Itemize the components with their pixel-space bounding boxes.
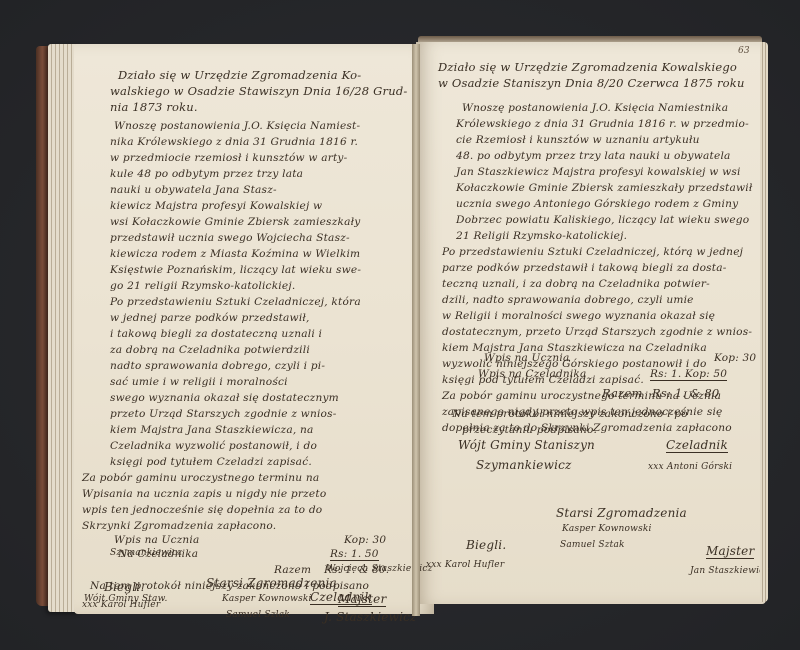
- right-biegli-title: Biegli.: [466, 538, 506, 552]
- left-page: Działo się w Urzędzie Zgromadzenia Ko- w…: [74, 44, 434, 614]
- right-heading-line-1: Działo się w Urzędzie Zgromadzenia Kowal…: [438, 60, 737, 74]
- right-fee-amount: Rs: 1. Kop: 50: [650, 368, 727, 381]
- left-body-line: kiewicz Majstra profesyi Kowalskiej w: [110, 198, 322, 215]
- scan-background: Działo się w Urzędzie Zgromadzenia Ko- w…: [0, 0, 800, 650]
- left-wojt-name-2: Szymankiewicz: [110, 548, 182, 558]
- right-body-line: dostatecznym, przeto Urząd Starszych zgo…: [442, 324, 752, 341]
- left-starsi-title: Starsi Zgromadzenia: [206, 576, 337, 590]
- left-body-line: w przedmiocie rzemiosł i kunsztów w arty…: [110, 150, 347, 167]
- right-starsi-name: Kasper Kownowski: [562, 524, 652, 534]
- right-body-line: 21 Religii Rzymsko-katolickiej.: [456, 228, 627, 245]
- left-body-line: Księstwie Poznańskim, liczący lat wieku …: [110, 262, 361, 279]
- book-gutter: [412, 44, 420, 616]
- left-body-line: Wnoszę postanowienia J.O. Księcia Namies…: [114, 118, 360, 135]
- left-body-line: przedstawił ucznia swego Wojciecha Stasz…: [110, 230, 350, 247]
- right-total-amount: Rs: 1. & 80: [652, 386, 719, 400]
- right-fee-label: Wpis na Ucznia: [484, 352, 569, 364]
- left-body-line: przeto Urząd Starszych zgodnie z wnios-: [110, 406, 337, 423]
- right-body-line: Jan Staszkiewicz Majstra profesyi kowals…: [456, 164, 741, 181]
- left-body-line: nika Królewskiego z dnia 31 Grudnia 1816…: [110, 134, 358, 151]
- right-majster-name: Jan Staszkiewicz: [690, 566, 769, 576]
- left-body-line: nadto sprawowania dobrego, czyli i pi-: [110, 358, 325, 375]
- right-body-line: Po przedstawieniu Sztuki Czeladniczej, k…: [442, 244, 743, 261]
- left-body-line: kule 48 po odbytym przez trzy lata: [110, 166, 303, 183]
- left-fee-label: Wpis na Ucznia: [114, 534, 199, 546]
- right-closing-line-1: Na tem protokół niniejszy zakończono i p…: [452, 406, 688, 423]
- right-starsi-name: Samuel Sztak: [560, 540, 625, 550]
- right-biegli-name: xxx Karol Hufler: [426, 560, 504, 570]
- left-body-line: wsi Kołaczkowie Gminie Zbiersk zamieszka…: [110, 214, 360, 231]
- right-majster-title: Majster: [706, 544, 754, 559]
- right-body-line: kiem Majstra Jana Staszkiewicza na Czela…: [442, 340, 707, 357]
- left-fee-amount: Kop: 30: [344, 534, 386, 546]
- folio-number: 63: [738, 46, 750, 56]
- left-body-line: Za pobór gaminu uroczystnego terminu na: [82, 470, 319, 487]
- left-body-line: kiewicza rodem z Miasta Koźmina w Wielki…: [110, 246, 360, 263]
- right-wojt-name: Szymankiewicz: [476, 458, 572, 472]
- left-body-line: nauki u obywatela Jana Stasz-: [110, 182, 277, 199]
- right-fee-amount: Kop: 30: [714, 352, 756, 364]
- right-heading-line-2: w Osadzie Staniszyn Dnia 8/20 Czerwca 18…: [438, 76, 745, 90]
- left-majster-name: J. Staszkiewicz: [324, 610, 417, 624]
- left-heading-line-2: walskiego w Osadzie Stawiszyn Dnia 16/28…: [110, 84, 407, 98]
- open-book: Działo się w Urzędzie Zgromadzenia Ko- w…: [26, 36, 766, 618]
- left-body-line: sać umie i w religii i moralności: [110, 374, 288, 391]
- left-body-line: księgi pod tytułem Czeladzi zapisać.: [110, 454, 312, 471]
- left-body-line: Wpisania na ucznia zapis u nigdy nie prz…: [82, 486, 326, 503]
- left-body-line: i takową biegli za dostateczną uznali i: [110, 326, 322, 343]
- left-body-line: w jednej parze podków przedstawił,: [110, 310, 310, 327]
- left-body-line: Skrzynki Zgromadzenia zapłacono.: [82, 518, 276, 535]
- right-body-line: teczną uznali, i za dobrą na Czeladnika …: [442, 276, 710, 293]
- right-body-line: Kołaczkowie Gminie Zbiersk zamieszkały p…: [456, 180, 753, 197]
- right-body-line: parze podków przedstawił i takową biegli…: [442, 260, 727, 277]
- left-heading-line-3: nia 1873 roku.: [110, 100, 198, 114]
- left-starsi-name: Kasper Kownowski: [222, 594, 312, 604]
- right-total-label: Razem: [602, 386, 643, 400]
- left-body-line: kiem Majstra Jana Staszkiewicza, na: [110, 422, 314, 439]
- left-body-line: swego wyznania okazał się dostatecznym: [110, 390, 339, 407]
- right-body-line: dzili, nadto sprawowania dobrego, czyli …: [442, 292, 694, 309]
- left-fee-amount: Rs: 1. 50: [330, 548, 379, 561]
- left-biegli-name: xxx Karol Hufler: [82, 600, 160, 610]
- right-body-line: Wnoszę postanowienia J.O. Księcia Namies…: [462, 100, 728, 117]
- right-czeladnik-title: Czeladnik: [666, 438, 728, 453]
- left-total-label: Razem: [274, 564, 311, 576]
- right-body-line: cie Rzemiosł i kunsztów w uznaniu artyku…: [456, 132, 700, 149]
- left-biegli-title: Biegli.: [104, 580, 144, 594]
- right-starsi-title: Starsi Zgromadzenia: [556, 506, 687, 520]
- left-body-line: go 21 religii Rzymsko-katolickiej.: [110, 278, 295, 295]
- left-body-line: Po przedstawieniu Sztuki Czeladniczej, k…: [110, 294, 361, 311]
- right-czeladnik-name: xxx Antoni Górski: [648, 462, 732, 472]
- right-body-line: Dobrzec powiatu Kaliskiego, liczący lat …: [456, 212, 749, 229]
- right-body-line: 48. po odbytym przez trzy lata nauki u o…: [456, 148, 731, 165]
- right-body-line: w Religii i moralności swego wyznania ok…: [442, 308, 715, 325]
- right-wojt-title: Wójt Gminy Staniszyn: [458, 438, 595, 452]
- left-body-line: wpis ten jednocześnie się dopełnia za to…: [82, 502, 322, 519]
- left-body-line: Czeladnika wyzwolić postanowił, i do: [110, 438, 317, 455]
- right-body-line: ucznia swego Antoniego Górskiego rodem z…: [456, 196, 738, 213]
- left-body-line: za dobrą na Czeladnika potwierdzili: [110, 342, 310, 359]
- right-closing-line-2: przeczytaniu podpisano.: [462, 422, 597, 439]
- right-fee-label: Wpis na Czeladnika: [478, 368, 586, 380]
- left-majster-title: Majster: [338, 592, 386, 607]
- right-body-line: Królewskiego z dnia 31 Grudnia 1816 r. w…: [456, 116, 749, 133]
- left-heading-line-1: Działo się w Urzędzie Zgromadzenia Ko-: [118, 68, 361, 82]
- left-starsi-name: Samuel Szlak: [226, 610, 290, 620]
- page-edges-right: [760, 42, 768, 602]
